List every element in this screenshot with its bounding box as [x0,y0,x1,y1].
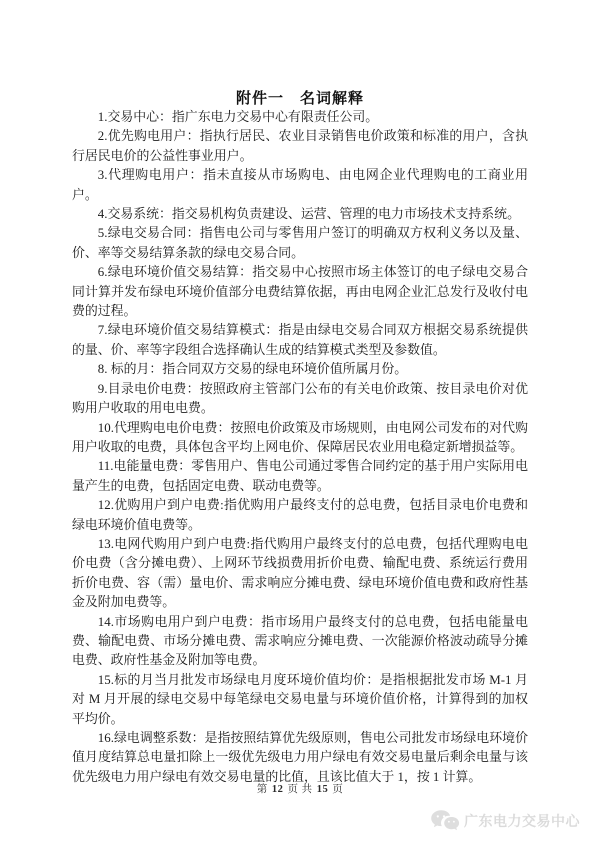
glossary-item: 7.绿电环境价值交易结算模式：指是由绿电交易合同双方根据交易系统提供的量、价、率… [72,321,528,360]
glossary-item: 12.优购用户到户电费:指优购用户最终支付的总电费，包括目录电价电费和绿电环境价… [72,496,528,535]
glossary-item: 6.绿电环境价值交易结算：指交易中心按照市场主体签订的电子绿电交易合同计算并发布… [72,263,528,321]
footer-total-pages: 15 [316,784,330,795]
footer-suffix: 页 [332,784,343,795]
glossary-item: 2.优先购电用户：指执行居民、农业目录销售电价政策和标准的用户，含执行居民电价的… [72,127,528,166]
footer-page-number: 12 [271,784,285,795]
glossary-item: 16.绿电调整系数：是指按照结算优先级原则，售电公司批发市场绿电环境价值月度结算… [72,729,528,787]
page-footer: 第 12 页 共 15 页 [0,781,600,796]
glossary-item: 9.目录电价电费：按照政府主管部门公布的有关电价政策、按目录电价对优购用户收取的… [72,380,528,419]
glossary-item: 11.电能量电费：零售用户、售电公司通过零售合同约定的基于用户实际用电量产生的电… [72,457,528,496]
document-page: 附件一 名词解释 1.交易中心：指广东电力交易中心有限责任公司。2.优先购电用户… [0,0,600,848]
wechat-icon [430,809,460,833]
glossary-item: 13.电网代购用户到户电费:指代购用户最终支付的总电费，包括代理购电电价电费（含… [72,535,528,613]
watermark: 广东电力交易中心 [430,809,580,833]
watermark-label: 广东电力交易中心 [464,811,580,831]
glossary-item: 1.交易中心：指广东电力交易中心有限责任公司。 [72,108,528,127]
footer-middle: 页 共 [287,784,312,795]
footer-prefix: 第 [257,784,268,795]
glossary-item: 3.代理购电用户：指未直接从市场购电、由电网企业代理购电的工商业用户。 [72,166,528,205]
page-title: 附件一 名词解释 [0,87,600,108]
glossary-item: 10.代理购电电价电费：按照电价政策及市场规则，由电网公司发布的对代购用户收取的… [72,419,528,458]
glossary-item: 5.绿电交易合同：指售电公司与零售用户签订的明确双方权利义务以及量、价、率等交易… [72,224,528,263]
glossary-item: 14.市场购电用户到户电费：指市场用户最终支付的总电费，包括电能量电费、输配电费… [72,613,528,671]
glossary-item: 8. 标的月：指合同双方交易的绿电环境价值所属月份。 [72,360,528,379]
glossary-item: 4.交易系统：指交易机构负责建设、运营、管理的电力市场技术支持系统。 [72,205,528,224]
glossary-list: 1.交易中心：指广东电力交易中心有限责任公司。2.优先购电用户：指执行居民、农业… [72,108,528,787]
glossary-item: 15.标的月当月批发市场绿电月度环境价值均价：是指根据批发市场 M-1 月对 M… [72,671,528,729]
